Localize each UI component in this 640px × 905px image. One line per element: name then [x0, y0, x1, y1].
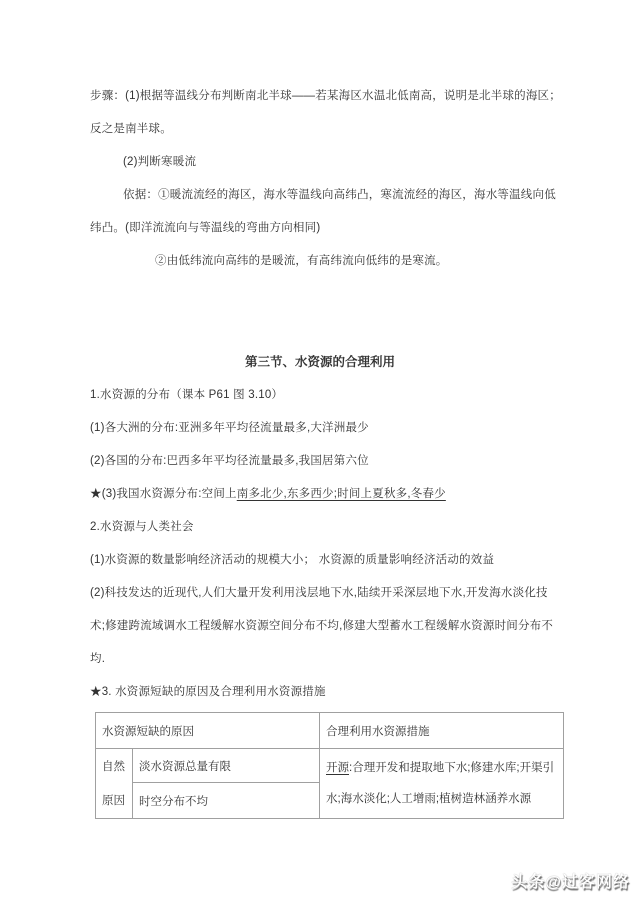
- starred-line-underlined-text: 南多北少,东多西少;时间上夏秋多,冬春少: [237, 488, 446, 500]
- text-line: ②由低纬流向高纬的是暖流，有高纬流向低纬的是寒流。: [90, 245, 566, 278]
- text-line: (2)各国的分布:巴西多年平均径流量最多,我国居第六位: [90, 445, 566, 478]
- document-page: 步骤：(1)根据等温线分布判断南北半球——若某海区水温北低南高，说明是北半球的海…: [0, 0, 640, 905]
- row-label-line: 原因: [102, 784, 126, 818]
- text-line: 术;修建跨流域调水工程缓解水资源空间分布不均,修建大型蓄水工程缓解水资源时间分布…: [90, 610, 566, 643]
- table-header-measures: 合理利用水资源措施: [320, 713, 564, 749]
- starred-line-prefix: ★(3)我国水资源分布:空间上: [90, 488, 237, 500]
- text-line: 依据：①暖流流经的海区，海水等温线向高纬凸，寒流流经的海区，海水等温线向低: [90, 179, 566, 212]
- watermark: 头条@过客网络: [511, 869, 630, 892]
- water-shortage-table: 水资源短缺的原因 合理利用水资源措施 自然 原因 淡水资源总量有限 开源:合理开…: [95, 712, 564, 819]
- study-notes: 步骤：(1)根据等温线分布判断南北半球——若某海区水温北低南高，说明是北半球的海…: [90, 80, 566, 819]
- cause-cell: 淡水资源总量有限: [133, 749, 320, 783]
- row-label-cell: 自然 原因: [96, 749, 133, 819]
- text-line: 步骤：(1)根据等温线分布判断南北半球——若某海区水温北低南高，说明是北半球的海…: [90, 80, 566, 113]
- text-line: 均.: [90, 643, 566, 676]
- text-line: (2)判断寒暖流: [90, 146, 566, 179]
- text-line: 纬凸。(即洋流流向与等温线的弯曲方向相同): [90, 212, 566, 245]
- text-line: 反之是南半球。: [90, 113, 566, 146]
- measures-cell: 开源:合理开发和提取地下水;修建水库;开渠引水;海水淡化;人工增雨;植树造林涵养…: [320, 749, 564, 819]
- table-header-causes: 水资源短缺的原因: [96, 713, 320, 749]
- table-row: 自然 原因 淡水资源总量有限 开源:合理开发和提取地下水;修建水库;开渠引水;海…: [96, 749, 564, 783]
- section-heading: 第三节、水资源的合理利用: [90, 346, 550, 379]
- cause-cell: 时空分布不均: [133, 783, 320, 819]
- table-header-row: 水资源短缺的原因 合理利用水资源措施: [96, 713, 564, 749]
- row-label-line: 自然: [102, 750, 126, 784]
- text-line: (2)科技发达的近现代,人们大量开发利用浅层地下水,陆续开采深层地下水,开发海水…: [90, 577, 566, 610]
- text-line: (1)水资源的数量影响经济活动的规模大小； 水资源的质量影响经济活动的效益: [90, 544, 566, 577]
- starred-subheading: ★3. 水资源短缺的原因及合理利用水资源措施: [90, 676, 566, 709]
- text-line: 2.水资源与人类社会: [90, 511, 566, 544]
- starred-line: ★(3)我国水资源分布:空间上南多北少,东多西少;时间上夏秋多,冬春少: [90, 478, 566, 511]
- measures-underlined-text: 开源: [326, 762, 349, 774]
- measures-rest-text: :合理开发和提取地下水;修建水库;开渠引水;海水淡化;人工增雨;植树造林涵养水源: [326, 762, 554, 805]
- text-line: (1)各大洲的分布:亚洲多年平均径流量最多,大洋洲最少: [90, 412, 566, 445]
- text-line: 1.水资源的分布（课本 P61 图 3.10）: [90, 379, 566, 412]
